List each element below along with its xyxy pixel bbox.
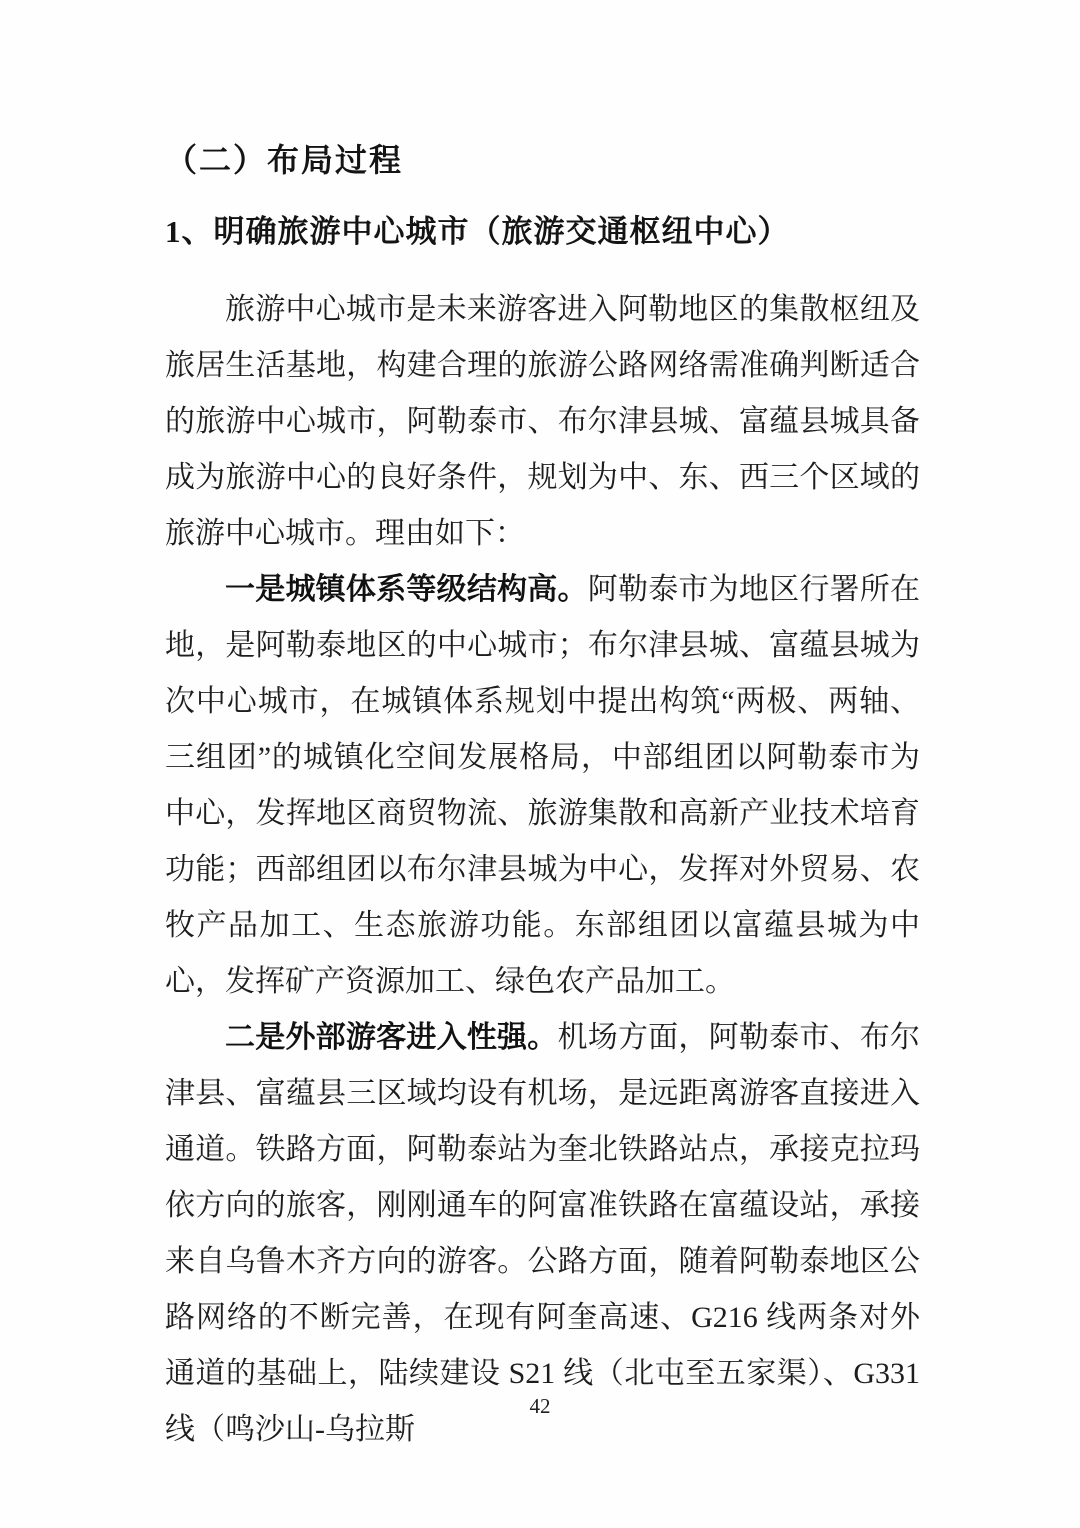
paragraph-3: 二是外部游客进入性强。机场方面，阿勒泰市、布尔津县、富蕴县三区域均设有机场，是远… [165, 1010, 920, 1458]
document-page: （二）布局过程 1、明确旅游中心城市（旅游交通枢纽中心） 旅游中心城市是未来游客… [0, 0, 1080, 1528]
page-number: 42 [0, 1394, 1080, 1419]
paragraph-1: 旅游中心城市是未来游客进入阿勒地区的集散枢纽及旅居生活基地，构建合理的旅游公路网… [165, 282, 920, 562]
section-heading: （二）布局过程 [165, 138, 920, 182]
paragraph-1-text: 旅游中心城市是未来游客进入阿勒地区的集散枢纽及旅居生活基地，构建合理的旅游公路网… [165, 293, 920, 550]
paragraph-2-text: 阿勒泰市为地区行署所在地，是阿勒泰地区的中心城市；布尔津县城、富蕴县城为次中心城… [165, 573, 920, 998]
paragraph-3-lead: 二是外部游客进入性强。 [225, 1021, 558, 1054]
paragraph-2-lead: 一是城镇体系等级结构高。 [225, 573, 588, 606]
paragraph-2: 一是城镇体系等级结构高。阿勒泰市为地区行署所在地，是阿勒泰地区的中心城市；布尔津… [165, 562, 920, 1010]
document-content: （二）布局过程 1、明确旅游中心城市（旅游交通枢纽中心） 旅游中心城市是未来游客… [165, 138, 920, 1458]
subsection-heading: 1、明确旅游中心城市（旅游交通枢纽中心） [165, 210, 920, 254]
paragraph-3-text: 机场方面，阿勒泰市、布尔津县、富蕴县三区域均设有机场，是远距离游客直接进入通道。… [165, 1021, 920, 1446]
